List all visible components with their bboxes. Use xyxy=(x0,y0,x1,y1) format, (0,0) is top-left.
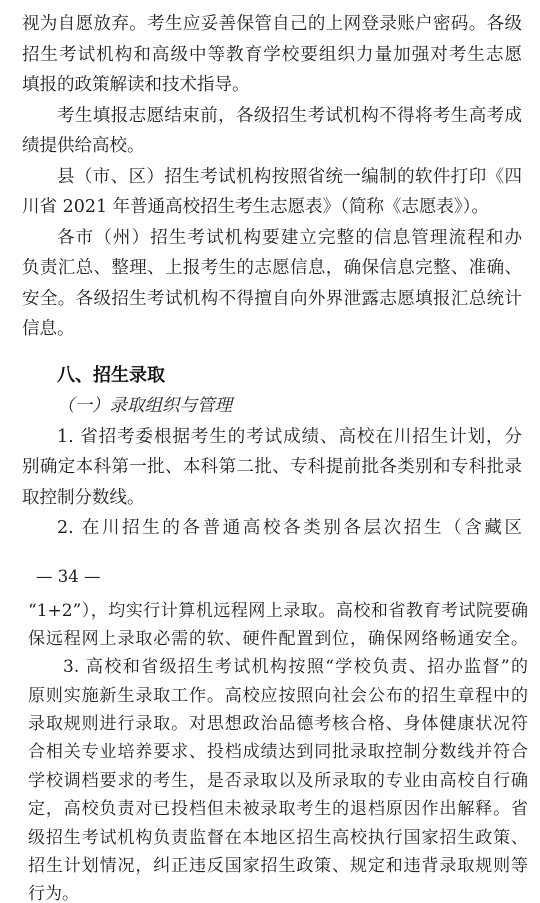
page-2-text-block: “1+2”），均实行计算机远程网上录取。高校和省教育考试院要确保远程网上录取必需… xyxy=(28,597,528,903)
text-line: 负责汇总、整理、上报考生的志愿信息，确保信息完整、准确、 xyxy=(22,253,522,284)
text-line: 视为自愿放弃。考生应妥善保管自己的上网登录账户密码。各级 xyxy=(22,9,522,40)
text-line: 招生计划情况，纠正违反国家招生政策、规定和违背录取规则等 xyxy=(28,852,528,880)
text-line: 绩提供给高校。 xyxy=(22,131,522,162)
text-line: 1. 省招考委根据考生的考试成绩、高校在川招生计划，分 xyxy=(22,422,522,453)
text-line: 各市（州）招生考试机构要建立完整的信息管理流程和办法， xyxy=(22,223,522,254)
text-line: 定，高校负责对已投档但未被录取考生的退档原因作出解释。省 xyxy=(28,795,528,823)
text-line: 保远程网上录取必需的软、硬件配置到位，确保网络畅通安全。 xyxy=(28,625,528,653)
page-number: — 34 — xyxy=(36,567,522,587)
text-line: 原则实施新生录取工作。高校应按照向社会公布的招生章程中的 xyxy=(28,682,528,710)
page-1-text-block: 视为自愿放弃。考生应妥善保管自己的上网登录账户密码。各级招生考试机构和高级中等教… xyxy=(22,9,522,544)
text-line: 信息。 xyxy=(22,314,522,345)
text-line: 取控制分数线。 xyxy=(22,483,522,514)
text-line: “1+2”），均实行计算机远程网上录取。高校和省教育考试院要确 xyxy=(28,597,528,625)
text-line: 合相关专业培养要求、投档成绩达到同批录取控制分数线并符合 xyxy=(28,738,528,766)
document-page: 视为自愿放弃。考生应妥善保管自己的上网登录账户密码。各级招生考试机构和高级中等教… xyxy=(0,0,540,903)
text-line: 填报的政策解读和技术指导。 xyxy=(22,70,522,101)
text-line: 行为。 xyxy=(28,880,528,903)
text-line: 录取规则进行录取。对思想政治品德考核合格、身体健康状况符 xyxy=(28,710,528,738)
text-line: 级招生考试机构负责监督在本地区招生高校执行国家招生政策、 xyxy=(28,824,528,852)
text-line: 2. 在川招生的各普通高校各类别各层次招生（含藏区 xyxy=(22,513,522,544)
section-heading: 八、招生录取 xyxy=(22,361,522,392)
text-line: 川省 2021 年普通高校招生考生志愿表》（简称《志愿表》）。 xyxy=(22,192,522,223)
text-line: 别确定本科第一批、本科第二批、专科提前批各类别和专科批录 xyxy=(22,452,522,483)
sub-section-heading: （一）录取组织与管理 xyxy=(22,391,522,422)
text-line: 招生考试机构和高级中等教育学校要组织力量加强对考生志愿 xyxy=(22,40,522,71)
text-line: 学校调档要求的考生，是否录取以及所录取的专业由高校自行确 xyxy=(28,767,528,795)
text-line: 安全。各级招生考试机构不得擅自向外界泄露志愿填报汇总统计 xyxy=(22,284,522,315)
text-line: 3. 高校和省级招生考试机构按照“学校负责、招办监督”的 xyxy=(28,653,528,681)
text-line: 县（市、区）招生考试机构按照省统一编制的软件打印《四 xyxy=(22,162,522,193)
text-line: 考生填报志愿结束前，各级招生考试机构不得将考生高考成 xyxy=(22,101,522,132)
